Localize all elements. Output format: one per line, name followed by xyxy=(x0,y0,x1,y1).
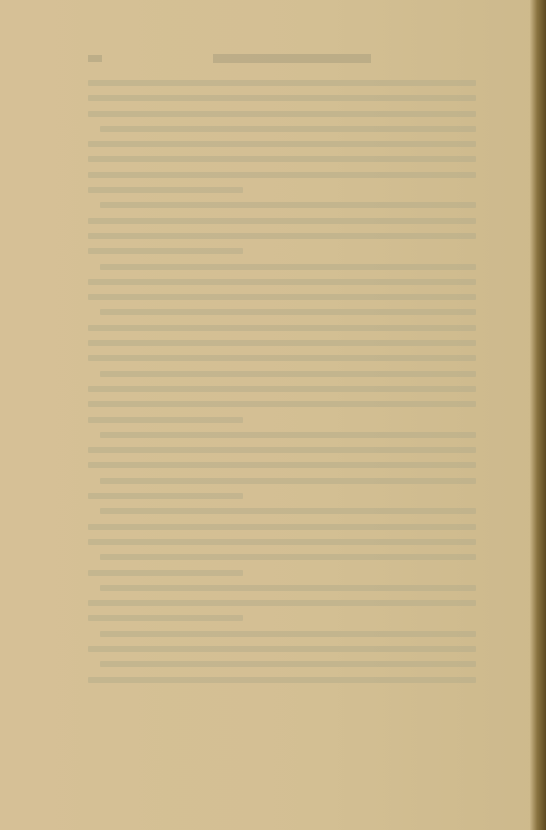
text-line xyxy=(100,202,476,208)
text-line xyxy=(88,218,476,224)
text-line xyxy=(88,233,476,239)
body-text xyxy=(88,80,476,692)
book-binding xyxy=(530,0,546,830)
text-line xyxy=(88,493,243,499)
text-line xyxy=(88,325,476,331)
text-line xyxy=(88,248,243,254)
text-line xyxy=(88,615,243,621)
text-line xyxy=(88,187,243,193)
book-page: text illegible at available resolution xyxy=(0,0,546,830)
text-line xyxy=(88,524,476,530)
text-line xyxy=(100,661,476,667)
text-line xyxy=(100,264,476,270)
text-line xyxy=(88,80,476,86)
text-line xyxy=(88,600,476,606)
text-line xyxy=(88,172,476,178)
text-line xyxy=(100,371,476,377)
text-line xyxy=(100,585,476,591)
text-line xyxy=(88,401,476,407)
text-line xyxy=(100,126,476,132)
page-number xyxy=(88,55,102,62)
text-line xyxy=(88,95,476,101)
text-line xyxy=(88,355,476,361)
page-header xyxy=(88,52,476,66)
text-line xyxy=(100,508,476,514)
text-line xyxy=(100,432,476,438)
text-line xyxy=(88,462,476,468)
text-line xyxy=(88,294,476,300)
text-line xyxy=(100,554,476,560)
text-line xyxy=(88,417,243,423)
running-title xyxy=(213,54,371,63)
text-line xyxy=(100,478,476,484)
text-line xyxy=(88,447,476,453)
text-line xyxy=(88,340,476,346)
text-line xyxy=(88,570,243,576)
text-line xyxy=(88,141,476,147)
text-line xyxy=(88,677,476,683)
text-line xyxy=(88,156,476,162)
text-line xyxy=(88,386,476,392)
text-line xyxy=(88,646,476,652)
text-line xyxy=(88,279,476,285)
text-line xyxy=(88,111,476,117)
text-line xyxy=(88,539,476,545)
text-line xyxy=(100,631,476,637)
text-line xyxy=(100,309,476,315)
